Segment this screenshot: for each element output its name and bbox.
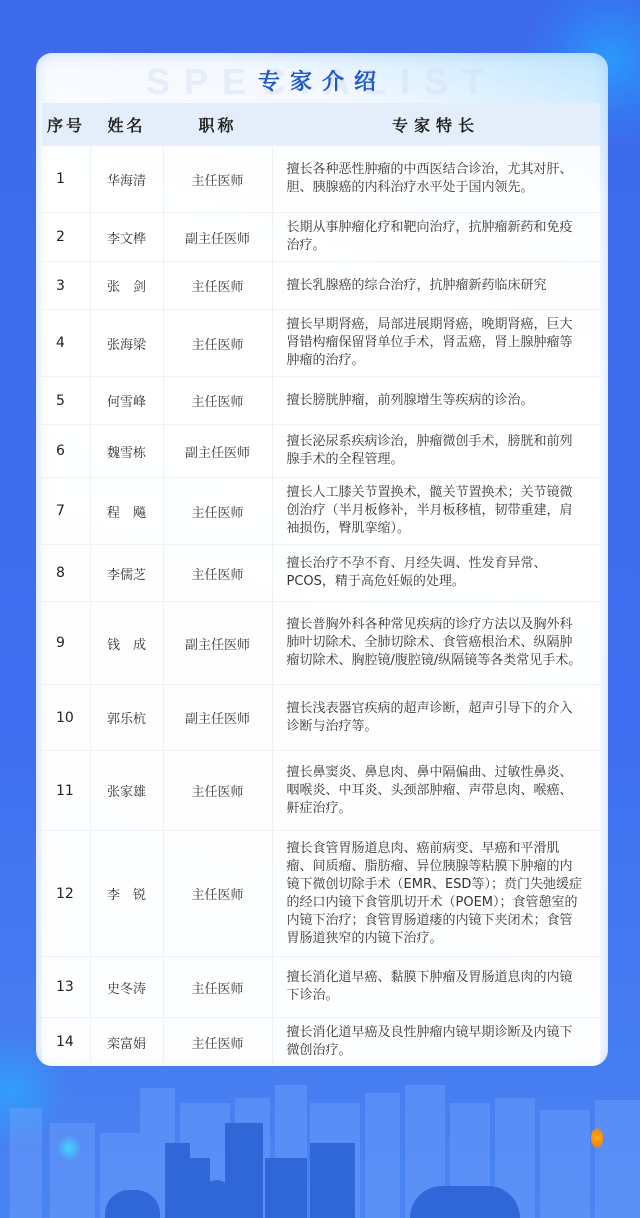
row-title: 主任医师 [163, 1018, 272, 1067]
light-dot [58, 1135, 80, 1161]
row-no: 10 [42, 685, 90, 751]
city-skyline-illustration [0, 1075, 640, 1218]
row-title: 主任医师 [163, 377, 272, 425]
row-specialty: 擅长食管胃肠道息肉、癌前病变、早癌和平滑肌瘤、间质瘤、脂肪瘤、异位胰腺等粘膜下肿… [272, 831, 600, 957]
expert-table: 序号 姓名 职称 专家特长 1 华海清 主任医师 擅长各种恶性肿瘤的中西医结合诊… [42, 103, 600, 1066]
table-row: 14 栾富娟 主任医师 擅长消化道早癌及良性肿瘤内镜早期诊断及内镜下微创治疗。 [42, 1018, 600, 1067]
row-specialty: 擅长各种恶性肿瘤的中西医结合诊治，尤其对肝、胆、胰腺癌的内科治疗水平处于国内领先… [272, 146, 600, 213]
row-specialty: 擅长浅表器官疾病的超声诊断，超声引导下的介入诊断与治疗等。 [272, 685, 600, 751]
table-row: 11 张家雄 主任医师 擅长鼻窦炎、鼻息肉、鼻中隔偏曲、过敏性鼻炎、咽喉炎、中耳… [42, 751, 600, 831]
row-title: 主任医师 [163, 146, 272, 213]
expert-card: SPECIALIST 专家介绍 序号 姓名 职称 专家特长 1 华海清 主任医师… [36, 53, 608, 1066]
row-no: 3 [42, 262, 90, 310]
row-name: 张 剑 [90, 262, 163, 310]
row-title: 主任医师 [163, 957, 272, 1018]
table-row: 2 李文桦 副主任医师 长期从事肿瘤化疗和靶向治疗，抗肿瘤新药和免疫治疗。 [42, 213, 600, 262]
row-specialty: 长期从事肿瘤化疗和靶向治疗，抗肿瘤新药和免疫治疗。 [272, 213, 600, 262]
row-title: 主任医师 [163, 751, 272, 831]
row-no: 5 [42, 377, 90, 425]
light-dot [591, 1128, 603, 1148]
row-name: 程 飚 [90, 478, 163, 545]
row-specialty: 擅长消化道早癌、黏膜下肿瘤及胃肠道息肉的内镜下诊治。 [272, 957, 600, 1018]
row-no: 9 [42, 602, 90, 685]
row-specialty: 擅长膀胱肿瘤，前列腺增生等疾病的诊治。 [272, 377, 600, 425]
row-name: 郭乐杭 [90, 685, 163, 751]
table-row: 9 钱 成 副主任医师 擅长普胸外科各种常见疾病的诊疗方法以及胸外科肺叶切除术、… [42, 602, 600, 685]
row-title: 副主任医师 [163, 602, 272, 685]
row-name: 史冬涛 [90, 957, 163, 1018]
row-specialty: 擅长泌尿系疾病诊治，肿瘤微创手术，膀胱和前列腺手术的全程管理。 [272, 425, 600, 478]
row-specialty: 擅长早期肾癌，局部进展期肾癌，晚期肾癌，巨大肾错构瘤保留肾单位手术，肾盂癌，肾上… [272, 310, 600, 377]
row-name: 张家雄 [90, 751, 163, 831]
row-specialty: 擅长鼻窦炎、鼻息肉、鼻中隔偏曲、过敏性鼻炎、咽喉炎、中耳炎、头颈部肿瘤、声带息肉… [272, 751, 600, 831]
card-header: SPECIALIST 专家介绍 [36, 53, 608, 103]
row-title: 副主任医师 [163, 685, 272, 751]
row-no: 8 [42, 545, 90, 602]
row-no: 12 [42, 831, 90, 957]
row-title: 副主任医师 [163, 213, 272, 262]
table-row: 4 张海梁 主任医师 擅长早期肾癌，局部进展期肾癌，晚期肾癌，巨大肾错构瘤保留肾… [42, 310, 600, 377]
table-header-row: 序号 姓名 职称 专家特长 [42, 103, 600, 146]
table-row: 7 程 飚 主任医师 擅长人工膝关节置换术，髋关节置换术；关节镜微创治疗（半月板… [42, 478, 600, 545]
page-title: 专家介绍 [36, 65, 608, 96]
row-specialty: 擅长乳腺癌的综合治疗，抗肿瘤新药临床研究 [272, 262, 600, 310]
row-name: 何雪峰 [90, 377, 163, 425]
row-specialty: 擅长人工膝关节置换术，髋关节置换术；关节镜微创治疗（半月板修补，半月板移植，韧带… [272, 478, 600, 545]
table-row: 1 华海清 主任医师 擅长各种恶性肿瘤的中西医结合诊治，尤其对肝、胆、胰腺癌的内… [42, 146, 600, 213]
header-name: 姓名 [90, 103, 163, 146]
row-title: 主任医师 [163, 310, 272, 377]
row-no: 6 [42, 425, 90, 478]
row-title: 主任医师 [163, 478, 272, 545]
row-specialty: 擅长治疗不孕不育、月经失调、性发育异常、PCOS，精于高危妊娠的处理。 [272, 545, 600, 602]
row-no: 4 [42, 310, 90, 377]
row-name: 钱 成 [90, 602, 163, 685]
row-name: 张海梁 [90, 310, 163, 377]
row-specialty: 擅长普胸外科各种常见疾病的诊疗方法以及胸外科肺叶切除术、全肺切除术、食管癌根治术… [272, 602, 600, 685]
header-no: 序号 [42, 103, 90, 146]
row-no: 1 [42, 146, 90, 213]
row-name: 华海清 [90, 146, 163, 213]
row-no: 2 [42, 213, 90, 262]
row-no: 14 [42, 1018, 90, 1067]
table-row: 6 魏雪栋 副主任医师 擅长泌尿系疾病诊治，肿瘤微创手术，膀胱和前列腺手术的全程… [42, 425, 600, 478]
table-row: 13 史冬涛 主任医师 擅长消化道早癌、黏膜下肿瘤及胃肠道息肉的内镜下诊治。 [42, 957, 600, 1018]
row-name: 李儒芝 [90, 545, 163, 602]
row-name: 魏雪栋 [90, 425, 163, 478]
row-name: 栾富娟 [90, 1018, 163, 1067]
table-row: 12 李 锐 主任医师 擅长食管胃肠道息肉、癌前病变、早癌和平滑肌瘤、间质瘤、脂… [42, 831, 600, 957]
table-row: 10 郭乐杭 副主任医师 擅长浅表器官疾病的超声诊断，超声引导下的介入诊断与治疗… [42, 685, 600, 751]
row-name: 李 锐 [90, 831, 163, 957]
header-specialty: 专家特长 [272, 103, 600, 146]
header-title: 职称 [163, 103, 272, 146]
row-no: 7 [42, 478, 90, 545]
table-row: 3 张 剑 主任医师 擅长乳腺癌的综合治疗，抗肿瘤新药临床研究 [42, 262, 600, 310]
table-row: 8 李儒芝 主任医师 擅长治疗不孕不育、月经失调、性发育异常、PCOS，精于高危… [42, 545, 600, 602]
row-title: 主任医师 [163, 262, 272, 310]
row-title: 主任医师 [163, 545, 272, 602]
table-row: 5 何雪峰 主任医师 擅长膀胱肿瘤，前列腺增生等疾病的诊治。 [42, 377, 600, 425]
row-title: 主任医师 [163, 831, 272, 957]
row-name: 李文桦 [90, 213, 163, 262]
row-specialty: 擅长消化道早癌及良性肿瘤内镜早期诊断及内镜下微创治疗。 [272, 1018, 600, 1067]
row-title: 副主任医师 [163, 425, 272, 478]
row-no: 11 [42, 751, 90, 831]
row-no: 13 [42, 957, 90, 1018]
